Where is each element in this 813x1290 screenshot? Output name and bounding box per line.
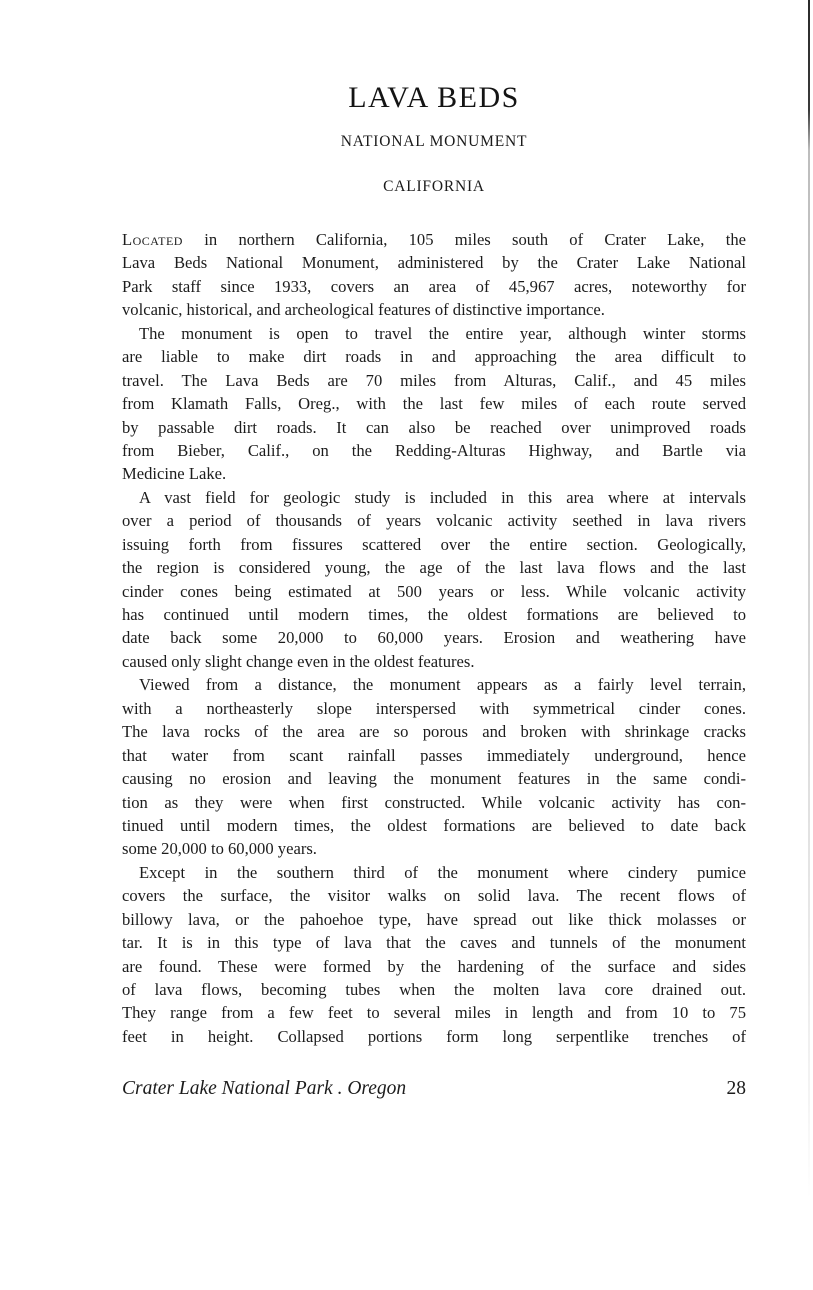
text-line: has continued until modern times, the ol… [122, 603, 746, 626]
state-heading: CALIFORNIA [122, 178, 746, 196]
text-line: over a period of thousands of years volc… [122, 509, 746, 532]
text-line: They range from a few feet to several mi… [122, 1001, 746, 1024]
text-line: some 20,000 to 60,000 years. [122, 837, 746, 860]
text-line: volcanic, historical, and archeological … [122, 298, 746, 321]
text-line: are liable to make dirt roads in and app… [122, 345, 746, 368]
text-line: with a northeasterly slope interspersed … [122, 697, 746, 720]
text-line: tion as they were when first constructed… [122, 791, 746, 814]
paragraph-1: Located in northern California, 105 mile… [122, 228, 746, 322]
text-line: that water from scant rainfall passes im… [122, 744, 746, 767]
text-line: Viewed from a distance, the monument app… [122, 673, 746, 696]
page-footer: Crater Lake National Park . Oregon 28 [122, 1078, 746, 1104]
paragraph-3: A vast field for geologic study is inclu… [122, 486, 746, 674]
lead-word-smallcaps: Located [122, 230, 183, 249]
text-line: cinder cones being estimated at 500 year… [122, 580, 746, 603]
text-line: caused only slight change even in the ol… [122, 650, 746, 673]
text-line: of lava flows, becoming tubes when the m… [122, 978, 746, 1001]
paragraph-2: The monument is open to travel the entir… [122, 322, 746, 486]
text-line: tinued until modern times, the oldest fo… [122, 814, 746, 837]
text-line: are found. These were formed by the hard… [122, 955, 746, 978]
text-line: travel. The Lava Beds are 70 miles from … [122, 369, 746, 392]
page-subtitle: NATIONAL MONUMENT [122, 133, 746, 151]
text-line: Except in the southern third of the monu… [122, 861, 746, 884]
running-title: Crater Lake National Park . Oregon [122, 1078, 406, 1100]
text-line: date back some 20,000 to 60,000 years. E… [122, 626, 746, 649]
text-line: Located in northern California, 105 mile… [122, 228, 746, 251]
text-line: from Bieber, Calif., on the Redding-Altu… [122, 439, 746, 462]
body-text: Located in northern California, 105 mile… [122, 228, 746, 1048]
text-line: Medicine Lake. [122, 462, 746, 485]
text-line: causing no erosion and leaving the monum… [122, 767, 746, 790]
text-line: issuing forth from fissures scattered ov… [122, 533, 746, 556]
page-number: 28 [727, 1078, 747, 1100]
page-edge-scan-line [808, 0, 810, 1290]
text-line: covers the surface, the visitor walks on… [122, 884, 746, 907]
page-title: LAVA BEDS [122, 81, 746, 115]
text-line: The monument is open to travel the entir… [122, 322, 746, 345]
text-line: from Klamath Falls, Oreg., with the last… [122, 392, 746, 415]
paragraph-5: Except in the southern third of the monu… [122, 861, 746, 1049]
text-line: The lava rocks of the area are so porous… [122, 720, 746, 743]
paragraph-4: Viewed from a distance, the monument app… [122, 673, 746, 861]
text-line: the region is considered young, the age … [122, 556, 746, 579]
text-line: by passable dirt roads. It can also be r… [122, 416, 746, 439]
text-line: tar. It is in this type of lava that the… [122, 931, 746, 954]
text-line: Park staff since 1933, covers an area of… [122, 275, 746, 298]
text-line: feet in height. Collapsed portions form … [122, 1025, 746, 1048]
text-line: A vast field for geologic study is inclu… [122, 486, 746, 509]
text-line: billowy lava, or the pahoehoe type, have… [122, 908, 746, 931]
text-line: Lava Beds National Monument, administere… [122, 251, 746, 274]
